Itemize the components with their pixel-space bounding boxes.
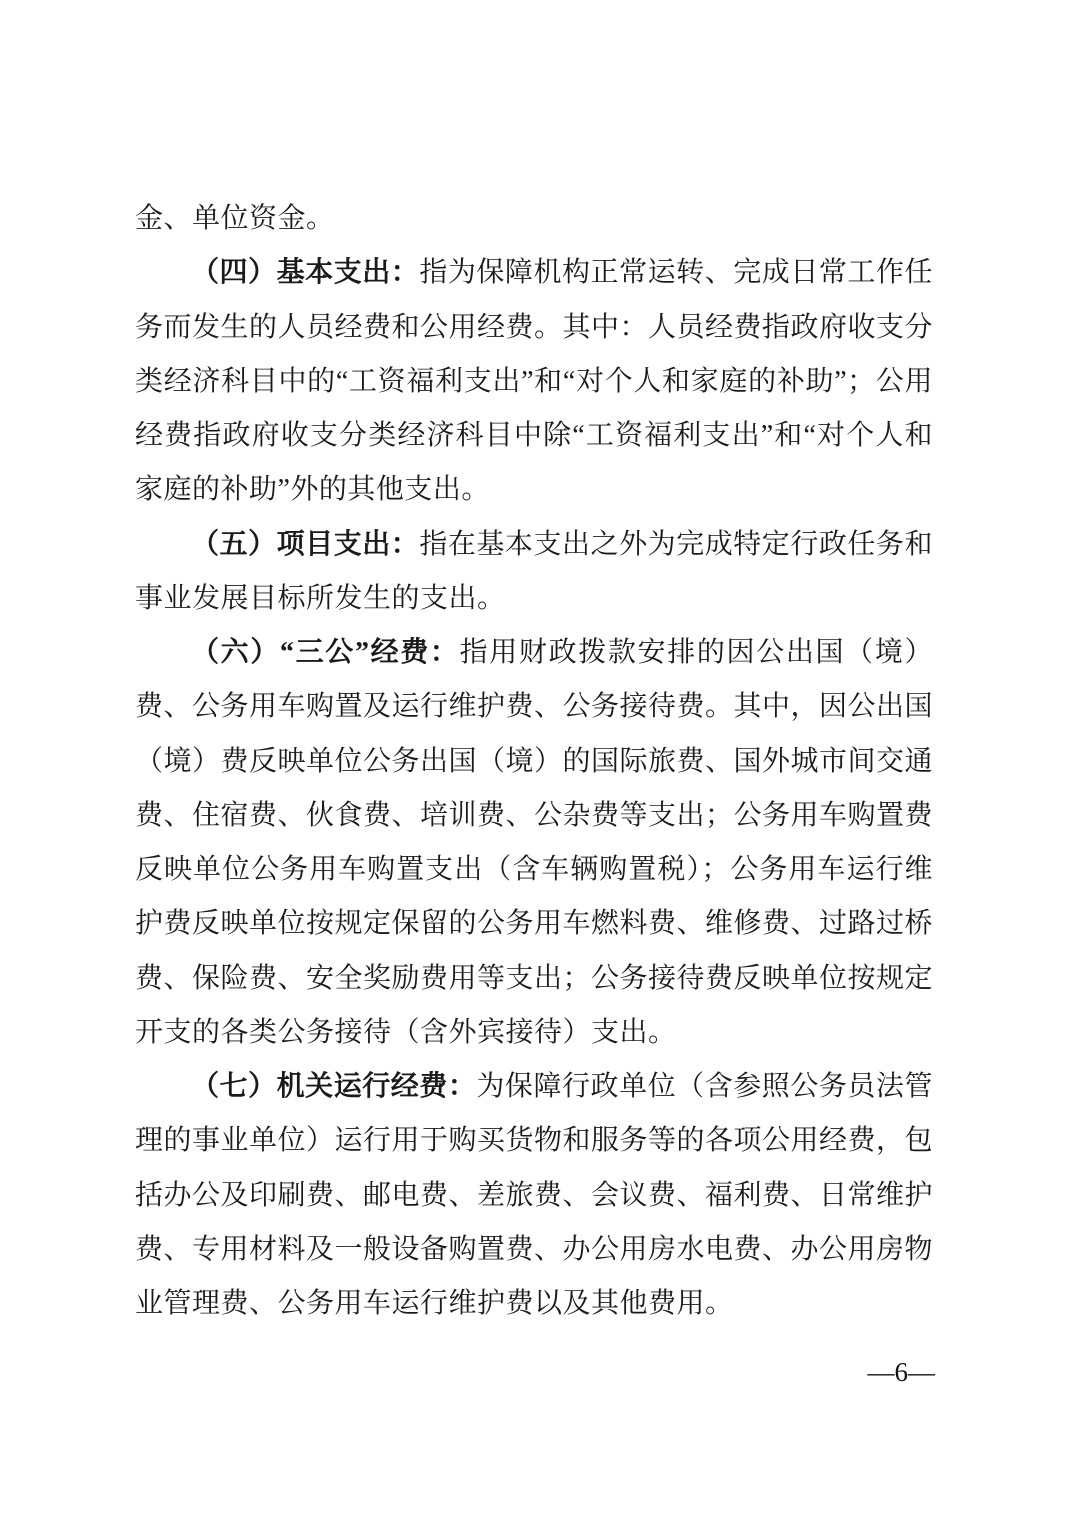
term-definition: 指用财政拨款安排的因公出国（境）费、公务用车购置及运行维护费、公务接待费。其中，…: [135, 637, 933, 1048]
paragraph-three-public-funds: （六）“三公”经费：指用财政拨款安排的因公出国（境）费、公务用车购置及运行维护费…: [135, 626, 933, 1060]
paragraph-agency-operating-funds: （七）机关运行经费：为保障行政单位（含参照公务员法管理的事业单位）运行用于购买货…: [135, 1060, 933, 1331]
term-definition: 指为保障机构正常运转、完成日常工作任务而发生的人员经费和公用经费。其中：人员经费…: [135, 257, 933, 505]
term-label: （六）“三公”经费：: [191, 637, 460, 668]
paragraph-text: 金、单位资金。: [135, 203, 335, 234]
document-page: 金、单位资金。 （四）基本支出：指为保障机构正常运转、完成日常工作任务而发生的人…: [0, 0, 1074, 1520]
paragraph-project-expenditure: （五）项目支出：指在基本支出之外为完成特定行政任务和事业发展目标所发生的支出。: [135, 518, 933, 627]
document-body: 金、单位资金。 （四）基本支出：指为保障机构正常运转、完成日常工作任务而发生的人…: [135, 192, 933, 1331]
paragraph-basic-expenditure: （四）基本支出：指为保障机构正常运转、完成日常工作任务而发生的人员经费和公用经费…: [135, 246, 933, 517]
paragraph-continuation: 金、单位资金。: [135, 192, 933, 246]
term-label: （七）机关运行经费：: [191, 1071, 476, 1102]
term-label: （五）项目支出：: [191, 529, 419, 560]
term-definition: 为保障行政单位（含参照公务员法管理的事业单位）运行用于购买货物和服务等的各项公用…: [135, 1071, 933, 1319]
term-label: （四）基本支出：: [191, 257, 419, 288]
page-number: —6—: [868, 1355, 936, 1389]
